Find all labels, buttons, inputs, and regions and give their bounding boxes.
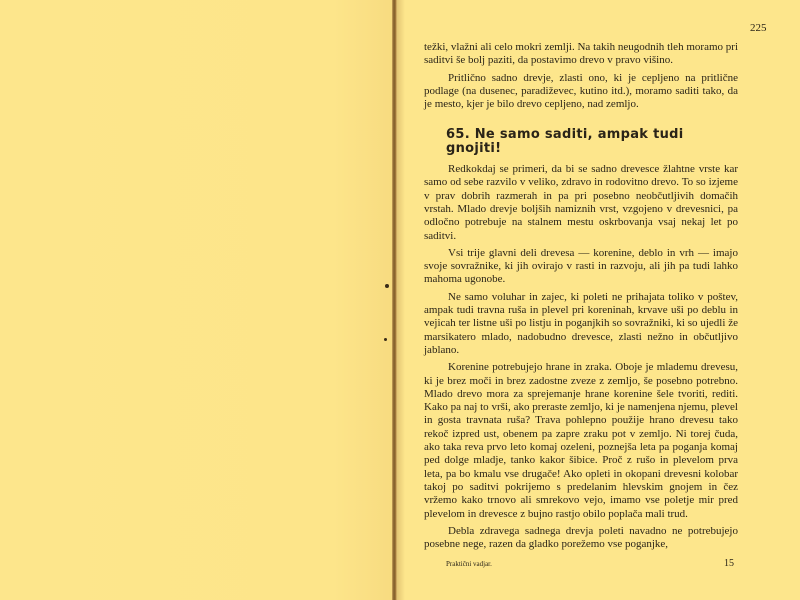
book-spread: 225 težki, vlažni ali celo mokri zemlji.… xyxy=(0,0,800,600)
footer-sheet-number: 15 xyxy=(724,558,734,569)
paragraph: Debla zdravega sadnega drevja poleti nav… xyxy=(424,525,738,552)
paragraph: Pritlično sadno drevje, zlasti ono, ki j… xyxy=(424,72,738,112)
paper-speck xyxy=(384,338,387,341)
paragraph: Korenine potrebujejo hrane in zraka. Obo… xyxy=(424,361,738,521)
section-heading: 65. Ne samo saditi, ampak tudi gnojiti! xyxy=(446,128,738,155)
paragraph: težki, vlažni ali celo mokri zemlji. Na … xyxy=(424,41,738,68)
gutter-shadow xyxy=(397,0,405,600)
paragraph: Redkokdaj se primeri, da bi se sadno dre… xyxy=(424,163,738,243)
paragraphs-before-heading: težki, vlažni ali celo mokri zemlji. Na … xyxy=(424,41,738,111)
right-page: 225 težki, vlažni ali celo mokri zemlji.… xyxy=(405,0,800,600)
paragraph: Ne samo voluhar in zajec, ki poleti ne p… xyxy=(424,291,738,357)
footer-signature: Praktični vadjar. xyxy=(446,560,492,568)
page-body: težki, vlažni ali celo mokri zemlji. Na … xyxy=(424,41,738,555)
paragraphs-after-heading: Redkokdaj se primeri, da bi se sadno dre… xyxy=(424,163,738,551)
page-number: 225 xyxy=(750,22,767,34)
paragraph: Vsi trije glavni deli drevesa — korenine… xyxy=(424,247,738,287)
paper-speck xyxy=(385,284,389,288)
left-page-blank xyxy=(0,0,393,600)
